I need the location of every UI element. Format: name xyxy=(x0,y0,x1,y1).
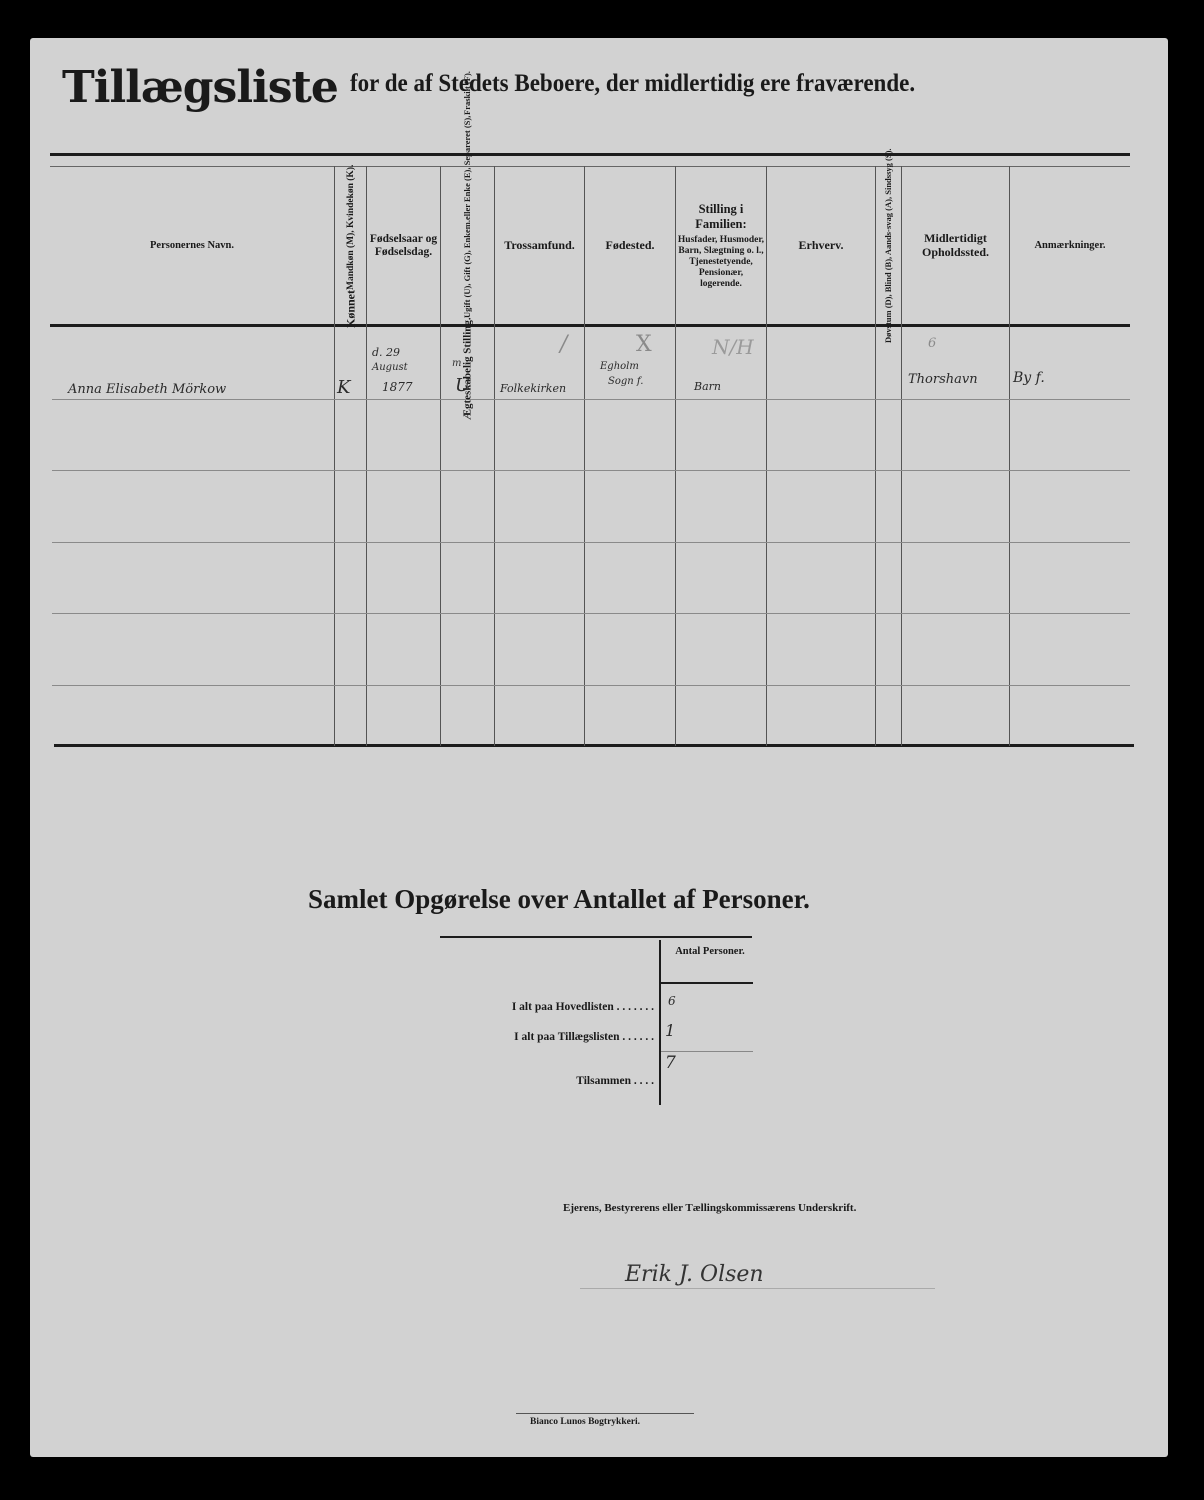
summary-total-value: 7 xyxy=(665,1053,676,1073)
row1-birth-day: d. 29 xyxy=(372,346,400,359)
header-sex-line1: Kønnet xyxy=(344,290,357,328)
header-family-detail: Husfader, Husmoder, Barn, Slægtning o. l… xyxy=(677,235,765,290)
header-birthplace: Fødested. xyxy=(585,168,675,324)
header-occupation: Erhverv. xyxy=(767,168,875,324)
form-subtitle-emphasis: fraværende. xyxy=(796,70,915,97)
summary-column-divider xyxy=(659,940,661,1105)
summary-top-rule xyxy=(440,936,752,938)
printer-rule xyxy=(516,1413,694,1414)
col-divider xyxy=(334,166,335,746)
header-name: Personernes Navn. xyxy=(50,168,334,324)
header-marital: Ægteskabelig Stilling. Ugift (U), Gift (… xyxy=(441,168,494,324)
summary-title: Samlet Opgørelse over Antallet af Person… xyxy=(308,884,810,915)
summary-header-rule xyxy=(661,982,753,984)
row-line xyxy=(52,613,1130,614)
table-header-bottom-rule xyxy=(50,324,1130,327)
header-religion-label: Trossamfund. xyxy=(504,239,575,253)
summary-total-label: Tilsammen . . . . xyxy=(576,1075,654,1087)
row1-marital-mark: m xyxy=(452,358,461,369)
header-remarks-label: Anmærkninger. xyxy=(1034,240,1105,252)
header-family-position: Stilling i Familien: Husfader, Husmoder,… xyxy=(676,168,766,324)
row1-sex: K xyxy=(337,377,350,398)
row-line xyxy=(52,542,1130,543)
header-disability-line1: Døvstum (D), Blind (B), Aands- xyxy=(884,229,893,343)
header-birth-label: Fødselsaar og Fødselsdag. xyxy=(367,233,440,259)
row1-religion-mark: / xyxy=(560,332,567,357)
form-subtitle-text: for de af Stedets Beboere, der midlertid… xyxy=(350,70,790,97)
header-family-title: Stilling i Familien: xyxy=(686,202,756,231)
summary-row-label: I alt paa Hovedlisten . . . . . . . xyxy=(512,1001,654,1013)
header-sex: Kønnet Mandkøn (M), Kvindekøn (K). xyxy=(336,168,366,324)
header-marital-line3: eller Enke (E), Separeret (S), xyxy=(463,115,472,219)
row1-remarks: By f. xyxy=(1013,370,1045,386)
table-top-rule xyxy=(50,153,1130,156)
header-remarks: Anmærkninger. xyxy=(1010,168,1130,324)
table-header-top-line xyxy=(50,166,1130,167)
header-temp-residence-label: Midlertidigt Opholdssted. xyxy=(911,232,1001,260)
signature-line xyxy=(580,1288,935,1289)
signature-value: Erik J. Olsen xyxy=(625,1262,764,1287)
header-disability: Døvstum (D), Blind (B), Aands- svag (A),… xyxy=(876,168,901,324)
header-sex-line2: Mandkøn (M), Kvindekøn (K). xyxy=(346,164,356,289)
row1-birthplace-mark: X xyxy=(636,332,652,357)
row-line xyxy=(52,470,1130,471)
summary-column-header: Antal Personer. xyxy=(670,944,750,960)
header-disability-line2: svag (A), Sindssyg (S). xyxy=(884,149,893,230)
row1-family-mark: N/H xyxy=(712,335,754,359)
header-marital-line1: Ægteskabelig Stilling. xyxy=(461,318,473,421)
row-line xyxy=(52,399,1130,400)
row1-temp-residence: Thorshavn xyxy=(908,372,978,387)
summary-row-label: I alt paa Tillægslisten . . . . . . xyxy=(514,1031,654,1043)
header-temp-residence: Midlertidigt Opholdssted. xyxy=(902,168,1009,324)
form-subtitle: for de af Stedets Beboere, der midlertid… xyxy=(350,70,915,98)
header-marital-line2: Ugift (U), Gift (G), Enkem. xyxy=(463,220,472,318)
signature-label: Ejerens, Bestyrerens eller Tællingskommi… xyxy=(563,1202,856,1214)
header-name-label: Personernes Navn. xyxy=(150,240,234,252)
header-religion: Trossamfund. xyxy=(495,168,584,324)
summary-column-header-label: Antal Personer. xyxy=(675,946,745,957)
header-birth: Fødselsaar og Fødselsdag. xyxy=(367,168,440,324)
row1-birthplace-line1: Egholm xyxy=(600,361,639,372)
row1-temp-mark: 6 xyxy=(928,336,936,351)
summary-row-value: 1 xyxy=(665,1021,675,1040)
row1-family-position: Barn xyxy=(694,380,721,393)
header-marital-line4: Fraskilt (F). xyxy=(463,72,472,116)
summary-total-rule xyxy=(661,1051,753,1052)
header-birthplace-label: Fødested. xyxy=(606,239,655,253)
printer-imprint: Bianco Lunos Bogtrykkeri. xyxy=(530,1417,640,1427)
form-title: Tillægsliste xyxy=(62,62,338,113)
row1-birth-year: 1877 xyxy=(382,380,413,394)
row1-marital: U xyxy=(455,375,470,396)
summary-row-value: 6 xyxy=(668,994,676,1008)
row1-birth-month: August xyxy=(372,362,408,373)
table-bottom-rule xyxy=(54,744,1134,747)
row1-name: Anna Elisabeth Mörkow xyxy=(68,382,226,397)
row1-birthplace-line2: Sogn f. xyxy=(608,376,643,387)
header-occupation-label: Erhverv. xyxy=(799,239,844,253)
row1-religion: Folkekirken xyxy=(500,382,566,395)
row-line xyxy=(52,685,1130,686)
